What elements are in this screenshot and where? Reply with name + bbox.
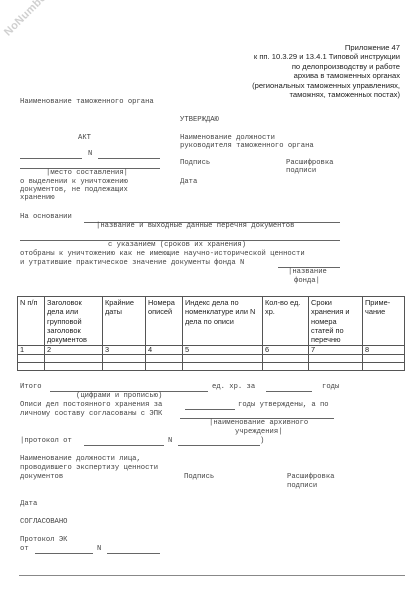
appendix-line: (региональных таможенных управлениях, — [252, 81, 400, 90]
table-cell[interactable] — [363, 363, 405, 371]
column-number: 3 — [103, 346, 146, 355]
agreed-protocol: Протокол ЭК — [20, 536, 67, 545]
documents-table: N п/п Заголовок дела или групповой загол… — [17, 296, 405, 371]
basis-text-1: отобраны к уничтожению как не имеющие на… — [20, 250, 305, 259]
table-cell[interactable] — [183, 363, 263, 371]
table-number-row: 1 2 3 4 5 6 7 8 — [18, 346, 405, 355]
expert-position-2: проводившего экспертизу ценности — [20, 464, 158, 473]
agreed-title: СОГЛАСОВАНО — [20, 518, 67, 527]
protocol-close: ) — [260, 437, 264, 446]
expert-position-1: Наименование должности лица, — [20, 455, 141, 464]
expert-signature-label: Подпись — [184, 473, 214, 482]
act-date-field[interactable] — [20, 158, 82, 159]
agreed-n-label: N — [97, 545, 101, 554]
act-subject-3: хранению — [20, 194, 55, 203]
table-cell[interactable] — [18, 363, 45, 371]
table-cell[interactable] — [309, 363, 363, 371]
totals-hint: (цифрами и прописью) — [76, 392, 162, 401]
table-cell[interactable] — [309, 355, 363, 363]
protocol-date-field[interactable] — [84, 445, 164, 446]
protocol-n-label: N — [168, 437, 172, 446]
appendix-line: Приложение 47 — [252, 43, 400, 52]
totals-units-text: ед. хр. за — [212, 383, 255, 392]
approval-title: УТВЕРЖДАЮ — [180, 116, 219, 125]
approval-position-2: руководителя таможенного органа — [180, 142, 314, 151]
appendix-line: по делопроизводству и работе — [252, 62, 400, 71]
inventory-years-field[interactable] — [185, 409, 235, 410]
table-row — [18, 363, 405, 371]
agreed-from-label: от — [20, 545, 29, 554]
basis-text-2: и утратившие практическое значение докум… — [20, 259, 244, 268]
appendix-line: таможнях, таможенных постах) — [252, 90, 400, 99]
table-cell[interactable] — [263, 363, 309, 371]
appendix-header: Приложение 47 к пп. 10.3.29 и 13.4.1 Тип… — [252, 43, 400, 99]
act-title: АКТ — [78, 134, 91, 143]
act-number-sign: N — [88, 150, 92, 159]
table-cell[interactable] — [146, 355, 183, 363]
protocol-from-label: |протокол от — [20, 437, 72, 446]
act-place-hint: |место составления| — [46, 169, 128, 178]
column-header: Заголовок дела или групповой заголовок д… — [45, 297, 103, 346]
appendix-line: к пп. 10.3.29 и 13.4.1 Типовой инструкци… — [252, 52, 400, 61]
fund-hint-1: |название — [288, 268, 327, 277]
column-header: Индекс дела по номенклатуре или N дела п… — [183, 297, 263, 346]
expert-decoding-1: Расшифровка — [287, 473, 334, 482]
table-cell[interactable] — [103, 355, 146, 363]
column-number: 1 — [18, 346, 45, 355]
agreed-date-field[interactable] — [35, 553, 93, 554]
appendix-line: архива в таможенных органах — [252, 71, 400, 80]
approval-signature-label: Подпись — [180, 159, 210, 168]
archive-hint-2: учреждения| — [235, 428, 282, 437]
column-number: 6 — [263, 346, 309, 355]
totals-years-label: годы — [322, 383, 339, 392]
inventory-text-3: личному составу согласованы с ЭПК — [20, 410, 162, 419]
watermark: NoNumber.ru — [2, 0, 62, 38]
basis-hint-2: с указанием (сроков их хранения) — [108, 241, 246, 250]
column-header: Крайние даты — [103, 297, 146, 346]
inventory-text-2: годы утверждены, а по — [238, 401, 329, 410]
column-header: Сроки хранения и номера статей по перечн… — [309, 297, 363, 346]
table-cell[interactable] — [146, 363, 183, 371]
totals-years-field[interactable] — [266, 391, 312, 392]
table-cell[interactable] — [18, 355, 45, 363]
archive-hint-1: |наименование архивного — [209, 419, 308, 428]
basis-label: На основании — [20, 213, 72, 222]
column-number: 8 — [363, 346, 405, 355]
table-header-row: N п/п Заголовок дела или групповой загол… — [18, 297, 405, 346]
approval-decoding-2: подписи — [286, 167, 316, 176]
table-cell[interactable] — [263, 355, 309, 363]
approval-date-label: Дата — [180, 178, 197, 187]
table-cell[interactable] — [103, 363, 146, 371]
customs-body-name: Наименование таможенного органа — [20, 98, 154, 107]
table-cell[interactable] — [45, 355, 103, 363]
column-number: 2 — [45, 346, 103, 355]
column-header: Приме-чание — [363, 297, 405, 346]
expert-date-label: Дата — [20, 500, 37, 509]
column-header: Кол-во ед. хр. — [263, 297, 309, 346]
table-row — [18, 355, 405, 363]
table-cell[interactable] — [45, 363, 103, 371]
table-cell[interactable] — [363, 355, 405, 363]
act-number-field[interactable] — [98, 158, 160, 159]
fund-hint-2: фонда| — [294, 277, 320, 286]
column-header: N п/п — [18, 297, 45, 346]
table-cell[interactable] — [183, 355, 263, 363]
expert-decoding-2: подписи — [287, 482, 317, 491]
column-number: 5 — [183, 346, 263, 355]
totals-label: Итого — [20, 383, 42, 392]
column-number: 7 — [309, 346, 363, 355]
bottom-divider — [19, 575, 405, 576]
inventory-text-1: Описи дел постоянного хранения за — [20, 401, 162, 410]
column-number: 4 — [146, 346, 183, 355]
column-header: Номера описей — [146, 297, 183, 346]
basis-hint-1: |название и выходные данные перечня доку… — [96, 222, 294, 231]
protocol-number-field[interactable] — [178, 445, 260, 446]
expert-position-3: документов — [20, 473, 63, 482]
agreed-number-field[interactable] — [107, 553, 160, 554]
